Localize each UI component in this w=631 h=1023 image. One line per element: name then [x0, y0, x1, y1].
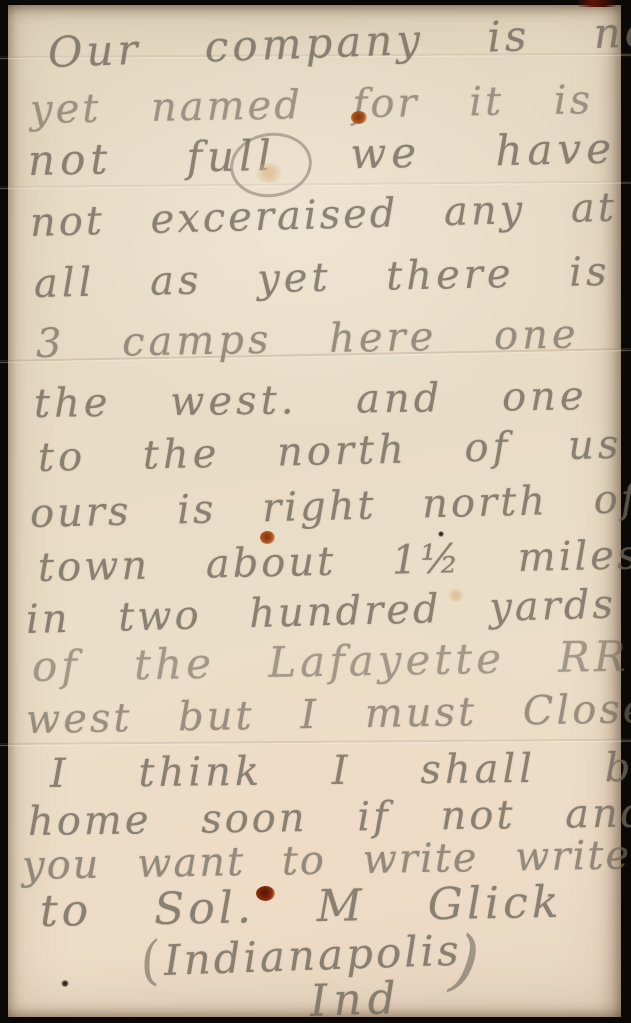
handwritten-line: not full we have	[28, 128, 617, 182]
stain	[61, 980, 69, 987]
stain	[351, 111, 367, 124]
handwritten-line: west but I must Close	[26, 689, 631, 740]
handwritten-line: all as yet there is	[34, 252, 611, 304]
stain	[578, 0, 616, 7]
stain	[260, 531, 275, 544]
handwritten-line: I think I shall be	[50, 748, 631, 794]
letter-content: Our company is not yet named for it is n…	[0, 0, 631, 1023]
stain	[256, 886, 275, 901]
handwritten-line: Ind	[309, 977, 402, 1023]
handwritten-line: of the Lafayette RR	[32, 636, 630, 688]
handwritten-line: Indianapolis	[163, 930, 462, 982]
handwritten-line: in two hundred yards	[25, 585, 616, 640]
handwritten-line: not exceraised any at	[29, 188, 617, 243]
handwritten-line: the west. and one	[34, 376, 588, 424]
handwritten-line: yet named for it is	[30, 80, 594, 130]
stain	[255, 163, 283, 183]
handwritten-line: to the north of us	[38, 425, 623, 478]
letter-scan: { "letter": { "description": "Scanned pa…	[0, 0, 631, 1023]
pen-flourish-open: (	[136, 935, 165, 990]
handwritten-line: 3 camps here one to	[36, 313, 631, 364]
stain	[438, 531, 444, 537]
handwritten-line: town about 1½ miles°	[38, 535, 631, 588]
handwritten-line: Our company is not	[47, 10, 631, 74]
handwritten-line: to Sol. M Glick	[40, 881, 563, 934]
stain	[447, 589, 465, 602]
handwritten-line: ours is right north of	[30, 479, 631, 534]
